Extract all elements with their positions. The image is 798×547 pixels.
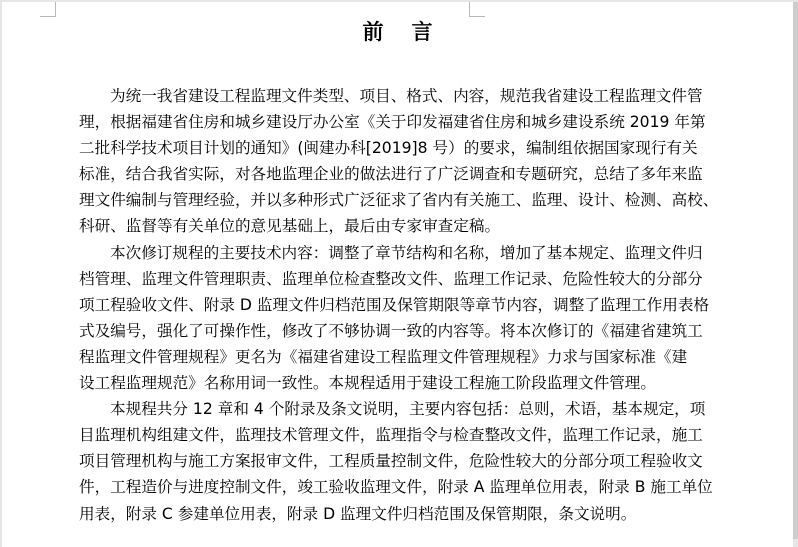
text-line: 二批科学技术项目计划的通知》(闽建办科[2019]8 号）的要求，编制组依据国家… — [79, 135, 719, 161]
text-line: 件，工程造价与进度控制文件，竣工验收监理文件，附录 A 监理单位用表，附录 B … — [79, 474, 719, 500]
margin-corner-mark-top-right — [469, 2, 485, 17]
text-line: 理文件编制与管理经验，并以多种形式广泛征求了省内有关施工、监理、设计、检测、高校… — [79, 187, 719, 213]
text-line: 设工程监理规范》名称用词一致性。本规程适用于建设工程施工阶段监理文件管理。 — [79, 370, 719, 396]
document-page: 前言 为统一我省建设工程监理文件类型、项目、格式、内容，规范我省建设工程监理文件… — [2, 2, 793, 539]
text-line: 本次修订规程的主要技术内容：调整了章节结构和名称，增加了基本规定、监理文件归 — [79, 240, 719, 266]
paragraph-3: 本规程共分 12 章和 4 个附录及条文说明，主要内容包括：总则，术语，基本规定… — [79, 396, 719, 526]
vertical-scrollbar[interactable] — [793, 2, 798, 539]
paragraph-1: 为统一我省建设工程监理文件类型、项目、格式、内容，规范我省建设工程监理文件管 理… — [79, 83, 719, 240]
document-title: 前言 — [2, 16, 793, 46]
text-line: 本规程共分 12 章和 4 个附录及条文说明，主要内容包括：总则，术语，基本规定… — [79, 396, 719, 422]
document-body: 为统一我省建设工程监理文件类型、项目、格式、内容，规范我省建设工程监理文件管 理… — [79, 83, 719, 527]
text-line: 为统一我省建设工程监理文件类型、项目、格式、内容，规范我省建设工程监理文件管 — [79, 83, 719, 109]
paragraph-2: 本次修订规程的主要技术内容：调整了章节结构和名称，增加了基本规定、监理文件归 档… — [79, 240, 719, 397]
text-line: 式及编号，强化了可操作性，修改了不够协调一致的内容等。将本次修订的《福建省建筑工 — [79, 318, 719, 344]
text-line: 目监理机构组建文件，监理技术管理文件，监理指令与检查整改文件，监理工作记录，施工 — [79, 422, 719, 448]
text-line: 项目管理机构与施工方案报审文件，工程质量控制文件，危险性较大的分部分项工程验收文 — [79, 448, 719, 474]
text-line: 程监理文件管理规程》更名为《福建省建设工程监理文件管理规程》力求与国家标准《建 — [79, 344, 719, 370]
text-line: 项工程验收文件、附录 D 监理文件归档范围及保管期限等章节内容，调整了监理工作用… — [79, 292, 719, 318]
text-line: 档管理、监理文件管理职责、监理单位检查整改文件、监理工作记录、危险性较大的分部分 — [79, 266, 719, 292]
text-line: 用表，附录 C 参建单位用表，附录 D 监理文件归档范围及保管期限，条文说明。 — [79, 501, 719, 527]
margin-corner-mark-top-left — [40, 2, 56, 17]
text-line: 科研、监督等有关单位的意见基础上，最后由专家审查定稿。 — [79, 213, 719, 239]
text-line: 理，根据福建省住房和城乡建设厅办公室《关于印发福建省住房和城乡建设系统 2019… — [79, 109, 719, 135]
text-line: 标准，结合我省实际，对各地监理企业的做法进行了广泛调查和专题研究，总结了多年来监 — [79, 161, 719, 187]
